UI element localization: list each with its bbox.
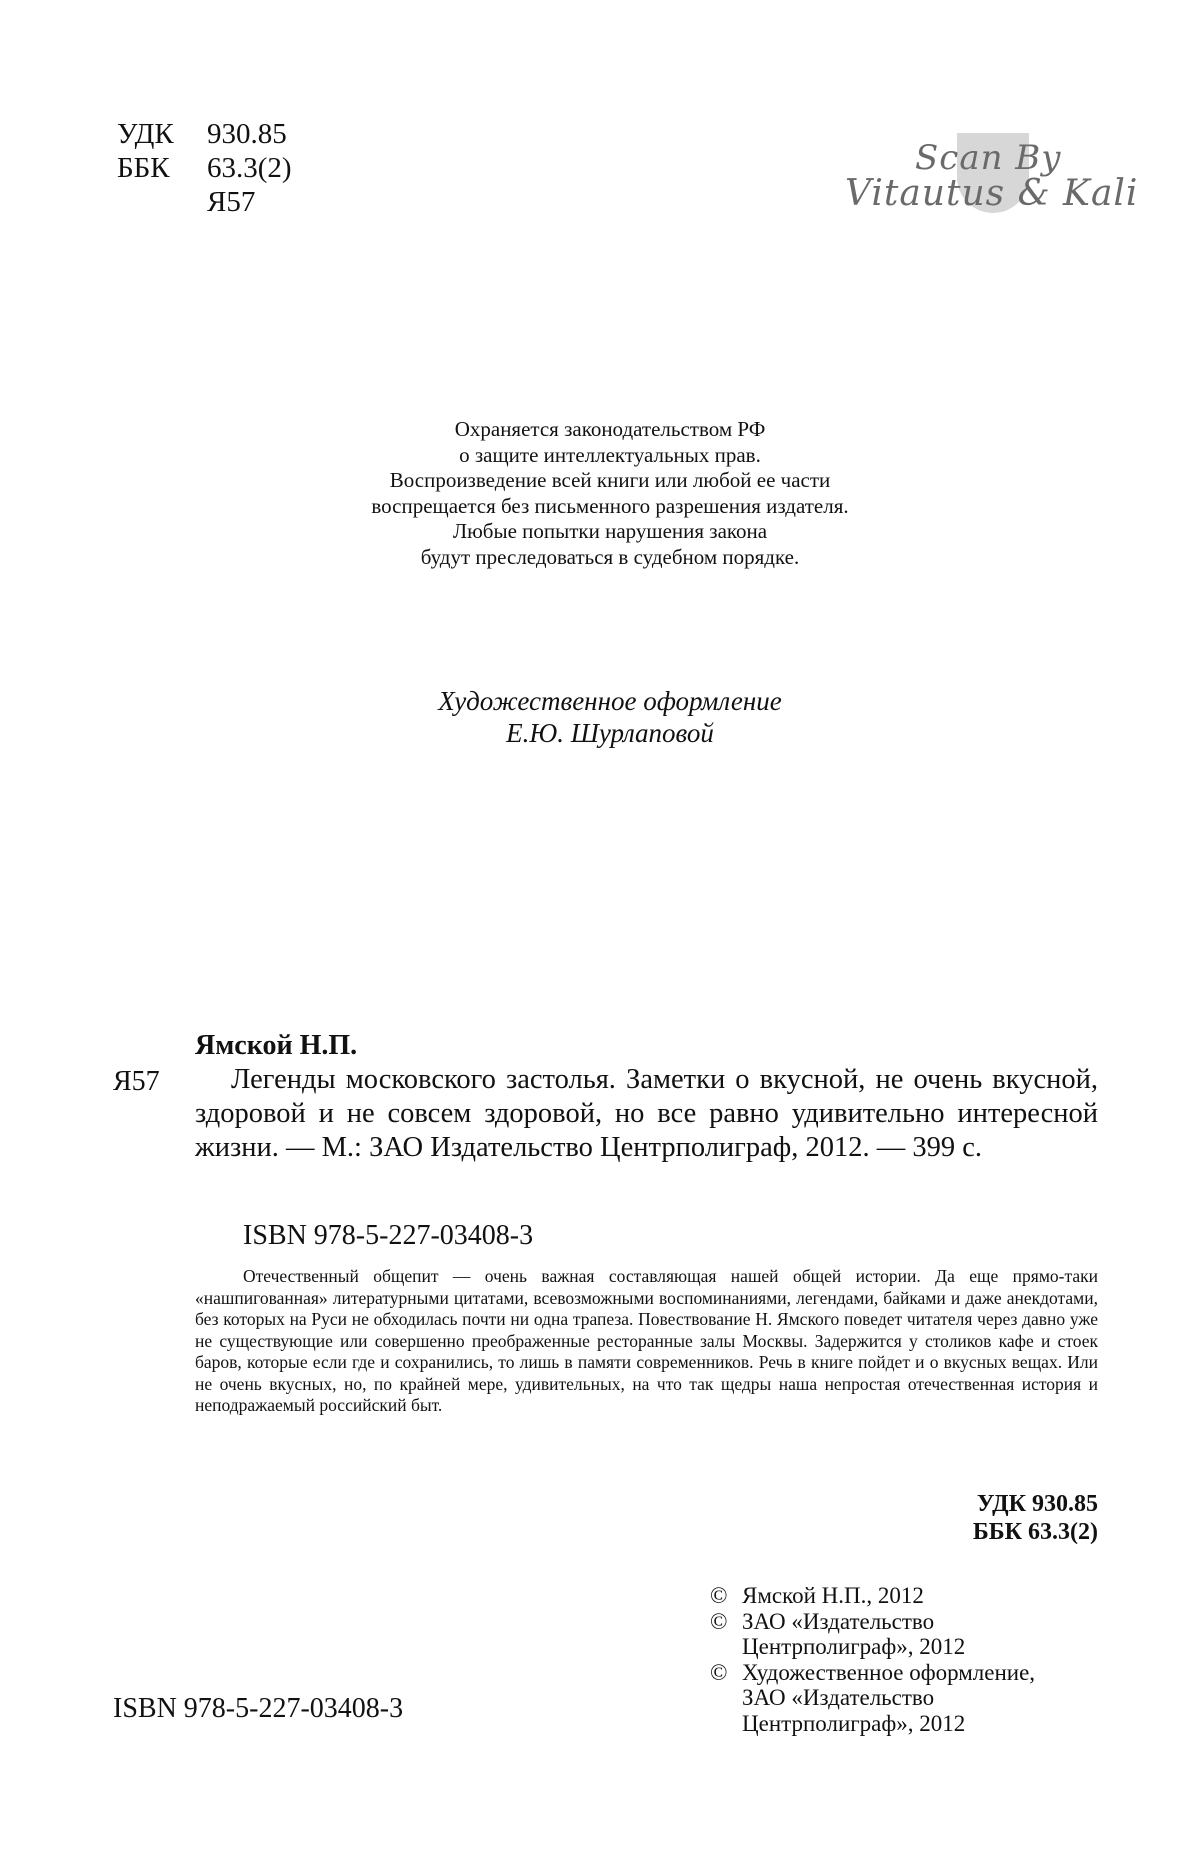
- watermark-line-2: Vitautus & Kali: [845, 173, 1138, 214]
- record-author: Ямской Н.П.: [195, 1030, 357, 1062]
- notice-line: будут преследоваться в судебном порядке.: [200, 545, 1020, 571]
- art-designer-name: Е.Ю. Шурлаповой: [300, 717, 920, 749]
- classification-codes-top: УДК 930.85 ББК 63.3(2) Я57: [117, 117, 292, 219]
- notice-line: Охраняется законодательством РФ: [200, 417, 1020, 443]
- author-mark-row: Я57: [117, 185, 292, 219]
- record-isbn: ISBN 978-5-227-03408-3: [243, 1220, 533, 1252]
- copyright-line: Ямской Н.П., 2012: [742, 1583, 924, 1609]
- copyright-icon: ©: [710, 1609, 742, 1660]
- notice-line: воспрещается без письменного разрешения …: [200, 494, 1020, 520]
- notice-line: Воспроизведение всей книги или любой ее …: [200, 468, 1020, 494]
- book-annotation: Отечественный общепит — очень важная сос…: [195, 1266, 1098, 1417]
- copyright-item: © Художественное оформление, ЗАО «Издате…: [710, 1660, 1035, 1737]
- udk-label: УДК: [117, 117, 207, 151]
- copyright-icon: ©: [710, 1660, 742, 1737]
- udk-code: УДК 930.85: [973, 1490, 1098, 1518]
- copyright-item: © Ямской Н.П., 2012: [710, 1583, 1035, 1609]
- notice-line: Любые попытки нарушения закона: [200, 519, 1020, 545]
- bbk-value: 63.3(2): [207, 151, 292, 185]
- copyright-line: Художественное оформление,: [742, 1660, 1035, 1686]
- art-design-credit: Художественное оформление Е.Ю. Шурлапово…: [300, 685, 920, 749]
- bbk-code: ББК 63.3(2): [973, 1518, 1098, 1546]
- copyright-list: © Ямской Н.П., 2012 © ЗАО «Издательство …: [710, 1583, 1035, 1736]
- record-author-mark: Я57: [113, 1066, 160, 1098]
- isbn-bottom: ISBN 978-5-227-03408-3: [113, 1693, 403, 1725]
- art-design-label: Художественное оформление: [300, 685, 920, 717]
- bbk-label: ББК: [117, 151, 207, 185]
- copyright-line: ЗАО «Издательство: [742, 1609, 965, 1635]
- watermark-line-1: Scan By: [915, 138, 1062, 178]
- copyright-notice: Охраняется законодательством РФ о защите…: [200, 417, 1020, 570]
- record-description: Легенды московского застолья. Заметки о …: [195, 1063, 1098, 1165]
- copyright-line: ЗАО «Издательство: [742, 1685, 1035, 1711]
- copyright-line: Центрполиграф», 2012: [742, 1711, 1035, 1737]
- copyright-icon: ©: [710, 1583, 742, 1609]
- author-mark-label: [117, 185, 207, 219]
- scan-watermark: Scan By Vitautus & Kali: [845, 128, 1115, 228]
- notice-line: о защите интеллектуальных прав.: [200, 443, 1020, 469]
- bbk-row: ББК 63.3(2): [117, 151, 292, 185]
- author-mark-value: Я57: [207, 185, 255, 219]
- udk-value: 930.85: [207, 117, 287, 151]
- copyright-line: Центрполиграф», 2012: [742, 1634, 965, 1660]
- copyright-item: © ЗАО «Издательство Центрполиграф», 2012: [710, 1609, 1035, 1660]
- udk-row: УДК 930.85: [117, 117, 292, 151]
- classification-codes-bottom: УДК 930.85 ББК 63.3(2): [973, 1490, 1098, 1546]
